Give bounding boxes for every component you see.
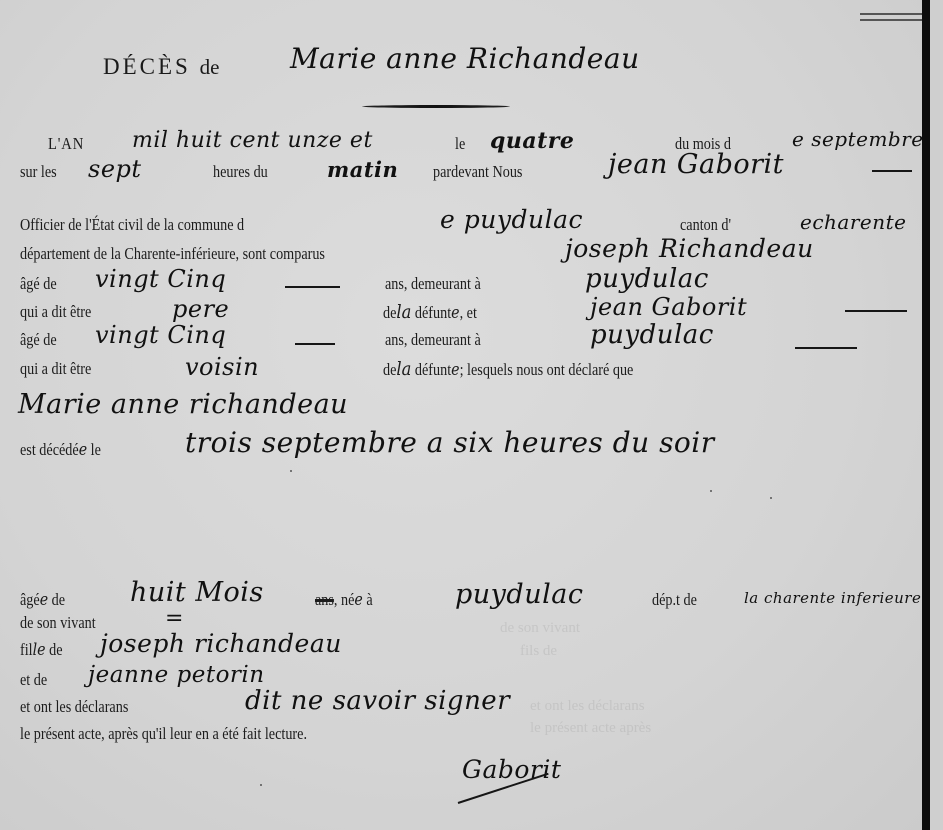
nee-text: né <box>341 590 354 609</box>
paper-speck <box>710 490 712 492</box>
relation2-handwritten: voisin <box>185 354 259 380</box>
day-handwritten: quatre <box>490 128 574 154</box>
year-handwritten: mil huit cent unze et <box>132 128 373 154</box>
filler-dash <box>845 310 907 312</box>
defunt-label: défunt <box>415 303 451 322</box>
commune-handwritten: e puydulac <box>440 207 583 233</box>
department-handwritten: la charente inferieure <box>744 585 921 611</box>
hour-handwritten: sept <box>88 156 142 182</box>
title-de: de <box>200 55 220 79</box>
document-page: de son vivant fils de et ont les déclara… <box>0 0 922 830</box>
filler-dash <box>795 347 857 349</box>
heures-du-label: heures du <box>213 162 268 182</box>
feminine-suffix-handwritten: e <box>451 303 459 322</box>
qui-dit-label: qui a dit être <box>20 302 91 322</box>
age-de-label: âgé de <box>20 274 57 294</box>
la-handwritten: la <box>396 301 411 323</box>
right-border-rule <box>922 0 930 830</box>
de-text: de <box>49 640 62 659</box>
feminine-suffix-handwritten: e <box>354 590 362 609</box>
age2-handwritten: vingt Cinq <box>95 322 226 348</box>
signature-statement-handwritten: dit ne savoir signer <box>245 688 510 714</box>
de-text: de <box>52 590 65 609</box>
est-decede-text: est décédé <box>20 440 79 459</box>
pardevant-label: pardevant Nous <box>433 162 522 182</box>
filler-dash <box>872 170 912 172</box>
departement-label: département de la Charente-inférieure, s… <box>20 244 325 264</box>
et-label: , et <box>460 303 477 322</box>
nee-label: ans, née à <box>315 590 373 610</box>
paper-speck <box>260 784 262 786</box>
lesquels-label: dela défunte; lesquels nous ont déclaré … <box>383 359 633 380</box>
father-name-handwritten: joseph richandeau <box>100 631 342 657</box>
document-title: DÉCÈS de <box>103 54 219 80</box>
bleed-through-text: fils de <box>520 643 557 660</box>
top-border-line <box>860 13 922 15</box>
lan-label: L'AN <box>48 134 84 153</box>
feminine-suffix-handwritten: e <box>40 590 48 609</box>
title-printed: DÉCÈS <box>103 54 191 79</box>
paper-speck <box>770 497 772 499</box>
declaration-label: ; lesquels nous ont déclaré que <box>460 360 634 379</box>
officier-label: Officier de l'État civil de la commune d <box>20 215 244 235</box>
period-handwritten: matin <box>327 157 398 183</box>
witness1-handwritten: joseph Richandeau <box>565 236 814 262</box>
bleed-through-text: et ont les déclarans <box>530 698 645 715</box>
feminine-suffix-handwritten: e <box>79 440 87 459</box>
deceased-name-heading: Marie anne Richandeau <box>290 46 640 72</box>
fille-suffix-handwritten: le <box>33 640 46 659</box>
feminine-suffix-handwritten: e <box>451 360 459 379</box>
officer-handwritten: jean Gaborit <box>608 152 784 178</box>
deceased-name-handwritten: Marie anne richandeau <box>18 392 348 418</box>
filler-dash <box>295 343 335 345</box>
age-text: âgé <box>20 590 40 609</box>
lecture-label: le présent acte, après qu'il leur en a é… <box>20 724 307 744</box>
le-text: le <box>91 440 101 459</box>
witness2-handwritten: jean Gaborit <box>590 294 747 320</box>
right-margin <box>930 0 943 830</box>
mother-name-handwritten: jeanne petorin <box>88 662 265 688</box>
bleed-through-text: le présent acte après <box>530 720 651 737</box>
ans-demeurant-label-2: ans, demeurant à <box>385 330 481 350</box>
residence2-handwritten: puydulac <box>590 322 714 348</box>
de-label: de <box>383 360 396 379</box>
top-border-line <box>860 19 922 21</box>
filler-dash <box>285 286 340 288</box>
birthplace-handwritten: puydulac <box>455 582 583 608</box>
sur-les-label: sur les <box>20 162 57 182</box>
age-of-deceased-handwritten: huit Mois <box>130 580 264 606</box>
de-son-vivant-label: de son vivant <box>20 613 96 633</box>
le-label: le <box>455 134 465 154</box>
fil-text: fil <box>20 640 33 659</box>
de-label: de <box>383 303 396 322</box>
age-label-3: âgée de <box>20 590 65 610</box>
est-decede-label: est décédée le <box>20 440 101 460</box>
canton-label: canton d' <box>680 215 731 235</box>
declarans-label: et ont les déclarans <box>20 697 128 717</box>
age1-handwritten: vingt Cinq <box>95 266 226 292</box>
de-la-defunt-label: dela défunte, et <box>383 302 477 323</box>
month-handwritten: e septembre <box>792 126 924 152</box>
residence1-handwritten: puydulac <box>585 266 709 292</box>
canton-handwritten: echarente <box>800 209 907 235</box>
a-text: à <box>366 590 372 609</box>
dep-label: dép.t de <box>652 590 697 610</box>
line-year: L'AN <box>48 134 84 154</box>
relation1-handwritten: pere <box>172 296 229 322</box>
officer-signature: Gaborit <box>462 757 561 783</box>
title-divider <box>362 105 510 108</box>
ans-demeurant-label: ans, demeurant à <box>385 274 481 294</box>
ans-struck-text: ans <box>315 590 334 609</box>
age-de-label-2: âgé de <box>20 330 57 350</box>
defunt-label: défunt <box>415 360 451 379</box>
paper-speck <box>290 470 292 472</box>
fils-de-label: fille de <box>20 640 63 660</box>
bleed-through-text: de son vivant <box>500 620 580 637</box>
death-date-handwritten: trois septembre a six heures du soir <box>185 430 715 456</box>
la-handwritten: la <box>396 358 411 380</box>
et-de-label: et de <box>20 670 47 690</box>
qui-dit-label-2: qui a dit être <box>20 359 91 379</box>
